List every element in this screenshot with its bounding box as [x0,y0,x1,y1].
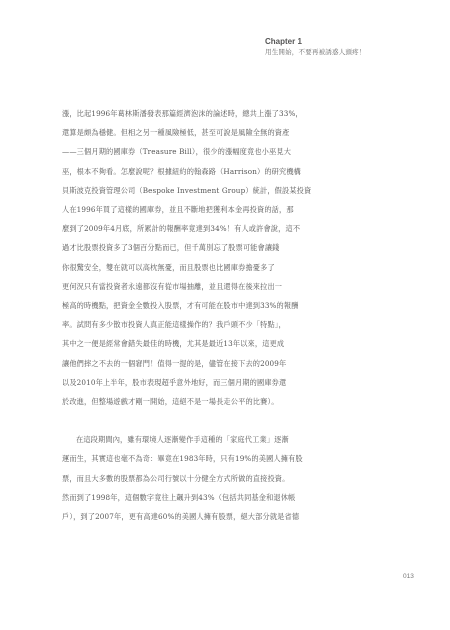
document-page: Chapter 1 用生開始，不要再被誘惑人頭疼！ 漲，比起1996年葛林斯潘發… [0,0,450,630]
text-line: 過才比股票投資多了3個百分點而已，但千萬別忘了股票可能會讓錢 [62,238,390,257]
text-line: 更何況只有當投資者永遠都沒有從市場抽離，並且還得在後來拉出一 [62,277,390,296]
body-text: 漲，比起1996年葛林斯潘發表那篇經濟泡沫的論述時，總共上漲了33%， 還算是頗… [62,104,390,526]
text-line: 在這段期間內，雖有環境人逐漸變作手這種的「家庭代工業」逐漸 [62,430,390,449]
text-line: 還算是頗為穩健。但相之另一種風險極低，甚至可說是風險全無的資產 [62,123,390,142]
text-line: 貝斯波克投資管理公司（Bespoke Investment Group）統計，假… [62,181,390,200]
running-header: Chapter 1 用生開始，不要再被誘惑人頭疼！ [265,36,435,57]
paragraph-1: 漲，比起1996年葛林斯潘發表那篇經濟泡沫的論述時，總共上漲了33%， 還算是頗… [62,104,390,411]
text-line: 運而生，其實這也毫不為奇：畢竟在1983年時，只有19%的美國人擁有股 [62,449,390,468]
paragraph-2: 在這段期間內，雖有環境人逐漸變作手這種的「家庭代工業」逐漸 運而生，其實這也毫不… [62,430,390,526]
chapter-subtitle: 用生開始，不要再被誘惑人頭疼！ [265,47,435,57]
text-line: 麼到了2009年4月底，所累計的報酬率竟達到34%！有人或許會說，這不 [62,219,390,238]
text-line: 於改進，但整場遊戲才剛一開始，這絕不是一場長走公平的比賽）。 [62,392,390,411]
text-line: 巫，根本不夠看。怎麼說呢？根據紐約的翰森路（Harrison）的研究機構 [62,162,390,181]
text-line: ——三個月期的國庫券（Treasure Bill），很少的漲幅度竟也小巫見大 [62,142,390,161]
text-line: 漲，比起1996年葛林斯潘發表那篇經濟泡沫的論述時，總共上漲了33%， [62,104,390,123]
page-number: 013 [403,573,414,580]
text-line: 極高的時機點，把資金全數投入股票，才有可能在股市中達到33%的報酬 [62,296,390,315]
text-line: 以及2010年上半年，股市表現超乎意外地好，而三個月期的國庫券還 [62,373,390,392]
chapter-label: Chapter 1 [265,36,435,47]
text-line: 票，而且大多數的股票都為公司行號以十分健全方式所做的直接投資。 [62,469,390,488]
text-line: 人在1996年買了這樣的國庫券，並且不斷地把獲利本金再投資的話，那 [62,200,390,219]
text-line: 戶），到了2007年，更有高達60%的美國人擁有股票，絕大部分就是省德 [62,507,390,526]
text-line: 讓他們摔之不去的一個窘門！值得一提的是，儘管在接下去的2009年 [62,354,390,373]
text-line: 你很驚安全，雙在就可以高枕無憂，而且股票也比國庫券擔憂多了 [62,258,390,277]
text-line: 其中之一便是經常會錯失最佳的時機，尤其是最近13年以來，這更成 [62,334,390,353]
text-line: 然而到了1998年，這個數字竟往上飆升到43%（包括共同基金和退休帳 [62,488,390,507]
text-line: 率。試問有多少散市投資人真正能這樣操作的？我戶頭不少「特點」， [62,315,390,334]
